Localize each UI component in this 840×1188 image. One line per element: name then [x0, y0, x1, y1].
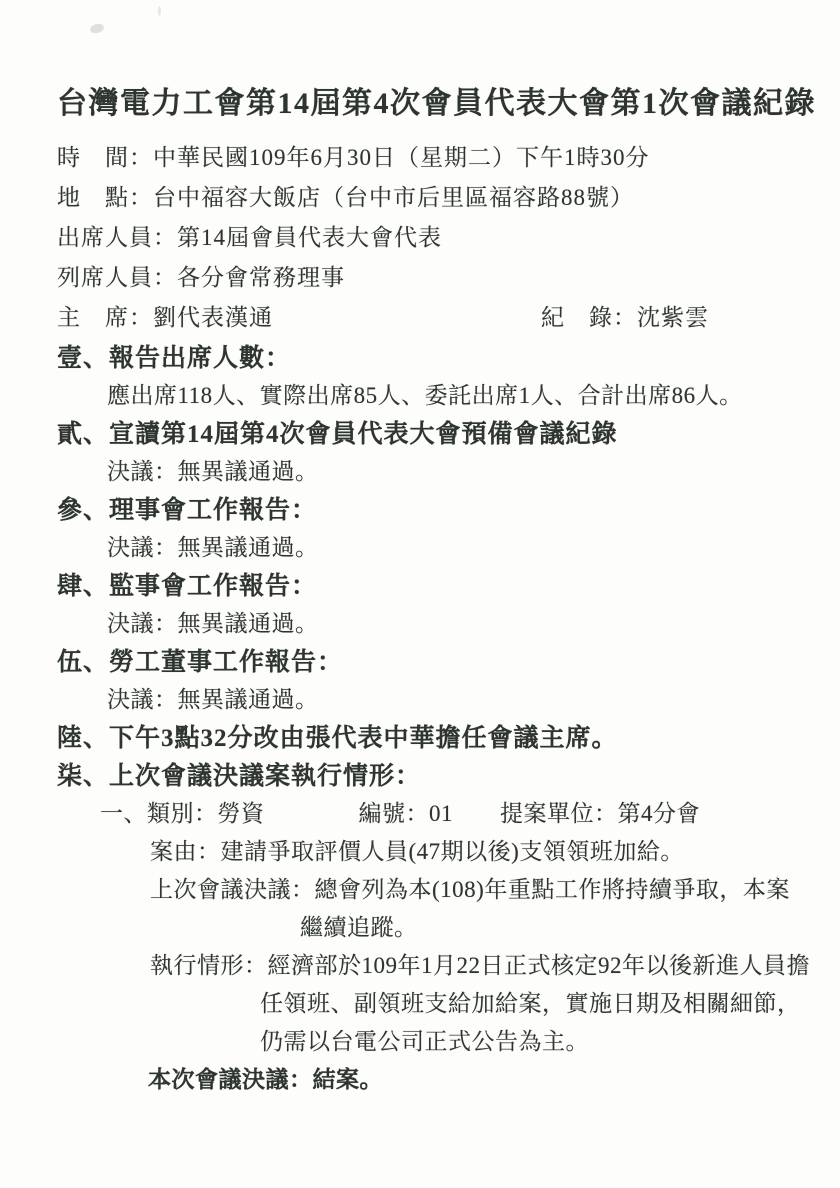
scan-artifact-speck — [158, 6, 161, 16]
meta-label-attendees: 出席人員： — [57, 225, 177, 250]
meta-line-time: 時 間：中華民國109年6月30日（星期二）下午1時30分 — [57, 144, 783, 172]
meta-label-observers: 列席人員： — [57, 265, 177, 290]
case-execution-line-3: 仍需以台電公司正式公告為主。 — [260, 1028, 783, 1056]
section-heading-7: 柒、上次會議決議案執行情形： — [57, 762, 783, 792]
case-current-decision-line: 本次會議決議：結案。 — [148, 1066, 783, 1094]
meta-value-observers: 各分會常務理事 — [177, 265, 345, 290]
meta-label-chairman: 主 席： — [57, 305, 153, 330]
section-heading-1: 壹、報告出席人數： — [57, 344, 783, 374]
meta-label-time: 時 間： — [57, 145, 153, 170]
recorder-value: 沈紫雲 — [637, 305, 709, 330]
section-body-3: 決議：無異議通過。 — [107, 534, 783, 562]
section-heading-2: 貳、宣讀第14屆第4次會員代表大會預備會議紀錄 — [57, 420, 783, 450]
case-reason-line: 案由：建請爭取評價人員(47期以後)支領領班加給。 — [150, 838, 783, 866]
meta-line-attendees: 出席人員：第14屆會員代表大會代表 — [57, 224, 783, 252]
meta-line-chairman: 主 席：劉代表漢通 紀 錄：沈紫雲 — [57, 304, 783, 332]
scanned-meeting-minutes-page: 台灣電力工會第14屆第4次會員代表大會第1次會議紀錄 時 間：中華民國109年6… — [0, 0, 840, 1188]
section-body-5: 決議：無異議通過。 — [107, 686, 783, 714]
meta-value-place: 台中福容大飯店（台中市后里區福容路88號） — [153, 185, 634, 210]
case-item-line: 一、類別：勞資 編號：01 提案單位：第4分會 — [100, 800, 783, 828]
section-body-2: 決議：無異議通過。 — [107, 458, 783, 486]
section-body-1: 應出席118人、實際出席85人、委託出席1人、合計出席86人。 — [107, 382, 783, 410]
scan-artifact-speck — [89, 22, 105, 34]
sections-block: 壹、報告出席人數： 應出席118人、實際出席85人、委託出席1人、合計出席86人… — [57, 344, 783, 1094]
case-previous-decision-line-1: 上次會議決議：總會列為本(108)年重點工作將持續爭取，本案 — [150, 876, 783, 904]
meta-line-observers: 列席人員：各分會常務理事 — [57, 264, 783, 292]
case-execution-line-1: 執行情形：經濟部於109年1月22日正式核定92年以後新進人員擔 — [150, 952, 783, 980]
section-heading-5: 伍、勞工董事工作報告： — [57, 648, 783, 678]
section-heading-6: 陸、下午3點32分改由張代表中華擔任會議主席。 — [57, 724, 783, 754]
case-previous-decision-line-2: 繼續追蹤。 — [300, 914, 783, 942]
meta-value-chairman: 劉代表漢通 — [153, 305, 273, 330]
section-body-4: 決議：無異議通過。 — [107, 610, 783, 638]
document-title: 台灣電力工會第14屆第4次會員代表大會第1次會議紀錄 — [57, 86, 783, 122]
meta-label-place: 地 點： — [57, 185, 153, 210]
meta-value-attendees: 第14屆會員代表大會代表 — [177, 225, 442, 250]
recorder-label: 紀 錄： — [541, 305, 637, 330]
case-execution-line-2: 任領班、副領班支給加給案，實施日期及相關細節， — [260, 990, 783, 1018]
meta-block: 時 間：中華民國109年6月30日（星期二）下午1時30分 地 點：台中福容大飯… — [57, 144, 783, 332]
section-heading-3: 參、理事會工作報告： — [57, 496, 783, 526]
section-heading-4: 肆、監事會工作報告： — [57, 572, 783, 602]
meta-line-place: 地 點：台中福容大飯店（台中市后里區福容路88號） — [57, 184, 783, 212]
recorder-field: 紀 錄：沈紫雲 — [541, 304, 709, 332]
meta-value-time: 中華民國109年6月30日（星期二）下午1時30分 — [153, 145, 650, 170]
